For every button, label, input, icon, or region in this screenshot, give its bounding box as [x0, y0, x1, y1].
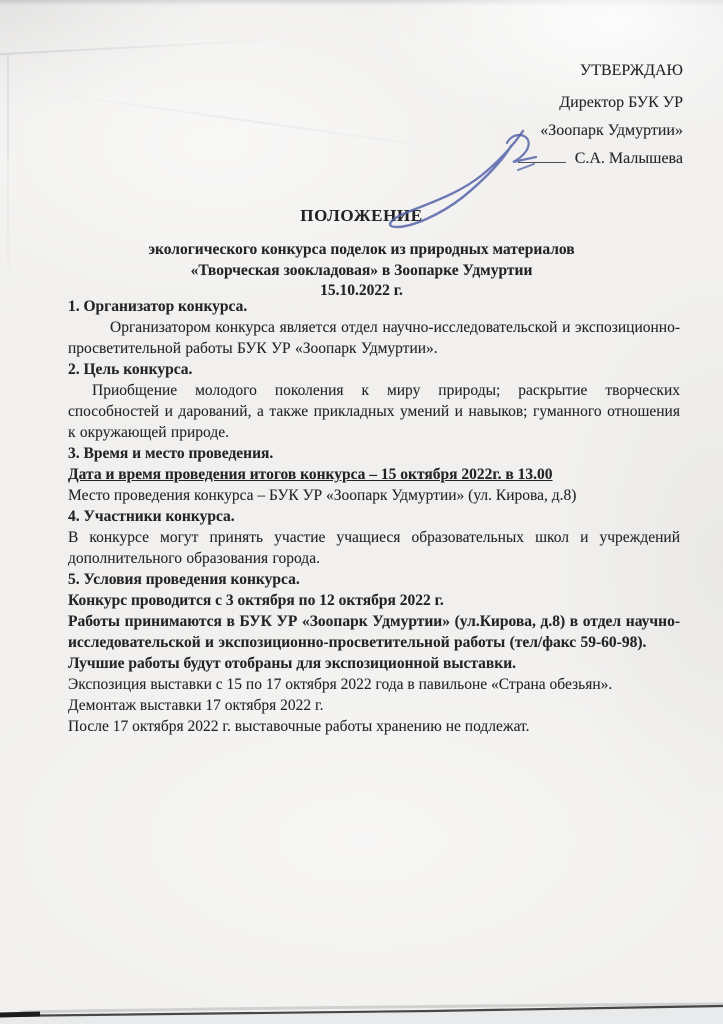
section-4-heading: 4. Участники конкурса. [68, 506, 680, 527]
section-1-heading: 1. Организатор конкурса. [68, 296, 680, 317]
section-2-heading: 2. Цель конкурса. [68, 359, 680, 380]
scanned-page: УТВЕРЖДАЮ Директор БУК УР «Зоопарк Удмур… [0, 0, 723, 1024]
section-5-paragraph-3: Лучшие работы будут отобраны для экспози… [68, 653, 680, 674]
paper-crease [0, 38, 288, 56]
approval-director: Директор БУК УР [518, 89, 683, 117]
section-2-body: Приобщение молодого поколения к миру при… [68, 380, 680, 443]
section-5-paragraph-5: Демонтаж выставки 17 октября 2022 г. [68, 695, 680, 716]
section-5-paragraph-1: Конкурс проводится с 3 октября по 12 окт… [68, 590, 680, 611]
section-3-place-line: Место проведения конкурса – БУК УР «Зооп… [68, 485, 680, 506]
section-5-paragraph-6: После 17 октября 2022 г. выставочные раб… [68, 716, 680, 737]
handwritten-signature-ink [360, 115, 620, 250]
document-body: 1. Организатор конкурса. Организатором к… [68, 296, 680, 737]
section-1-body: Организатором конкурса является отдел на… [68, 317, 680, 359]
section-5-paragraph-2: Работы принимаются в БУК УР «Зоопарк Удм… [68, 611, 680, 653]
signature-main-stroke [390, 131, 523, 227]
section-4-body: В конкурсе могут принять участие учащиес… [68, 527, 680, 569]
signature-curl-stroke [507, 135, 536, 162]
section-5-paragraph-4: Экспозиция выставки с 15 по 17 октября 2… [68, 674, 680, 695]
section-3-heading: 3. Время и место проведения. [68, 443, 680, 464]
edge-dark-mark [0, 1014, 40, 1015]
section-3-date-line: Дата и время проведения итогов конкурса … [68, 464, 680, 485]
section-5-heading: 5. Условия проведения конкурса. [68, 569, 680, 590]
signature-tick-stroke [518, 164, 534, 170]
subtitle-line-2: «Творческая зоокладовая» в Зоопарке Удму… [0, 261, 723, 282]
approval-label: УТВЕРЖДАЮ [518, 57, 683, 85]
scan-bottom-edge [0, 994, 723, 1024]
